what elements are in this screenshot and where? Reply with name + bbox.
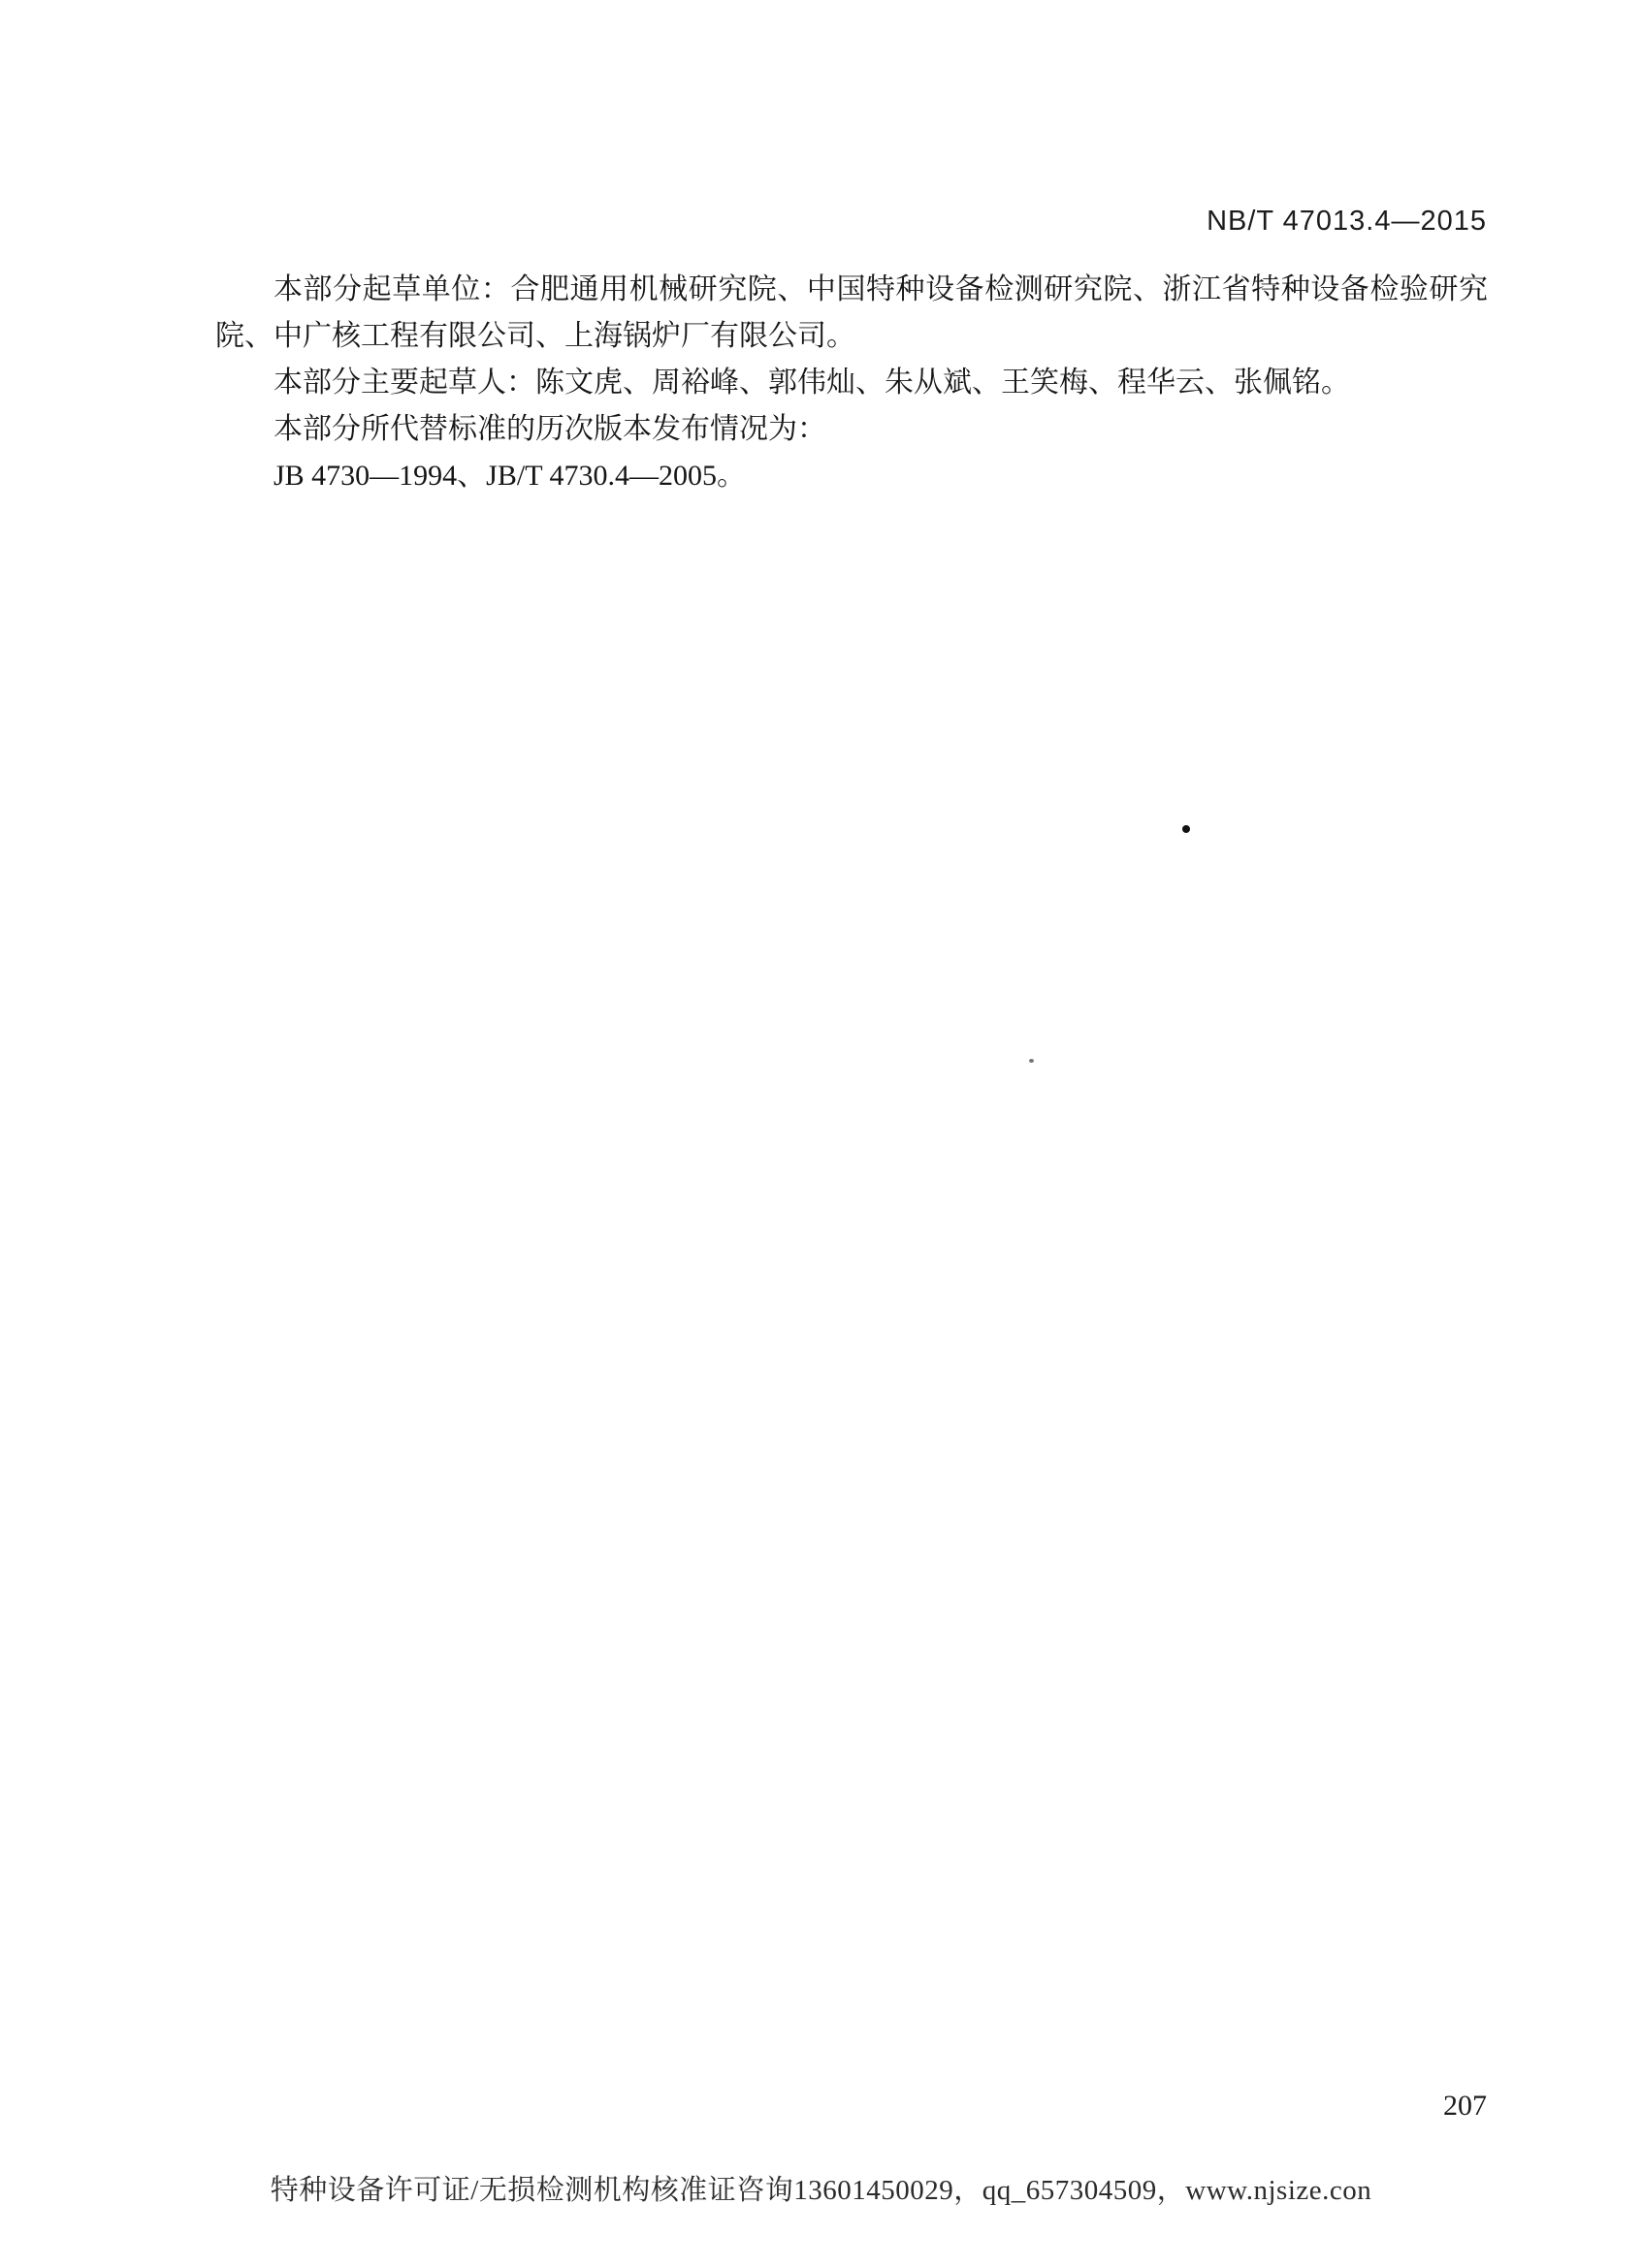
standard-number-header: NB/T 47013.4—2015	[1207, 206, 1487, 238]
footer-watermark-text: 特种设备许可证/无损检测机构核准证咨询13601450029，qq_657304…	[0, 2168, 1642, 2208]
document-page: NB/T 47013.4—2015 本部分起草单位：合肥通用机械研究院、中国特种…	[0, 0, 1642, 2268]
paragraph-main-drafters: 本部分主要起草人：陈文虎、周裕峰、郭伟灿、朱从斌、王笑梅、程华云、张佩铭。	[215, 360, 1488, 406]
ink-speck-mark	[1029, 1059, 1034, 1063]
paragraph-replaced-standards-intro: 本部分所代替标准的历次版本发布情况为：	[215, 406, 1488, 453]
document-body: 本部分起草单位：合肥通用机械研究院、中国特种设备检测研究院、浙江省特种设备检验研…	[215, 267, 1488, 499]
ink-speck-mark	[1182, 825, 1190, 833]
paragraph-replaced-standards-list: JB 4730—1994、JB/T 4730.4—2005。	[215, 453, 1488, 499]
page-number: 207	[1443, 2090, 1487, 2123]
paragraph-drafting-organizations: 本部分起草单位：合肥通用机械研究院、中国特种设备检测研究院、浙江省特种设备检验研…	[215, 267, 1488, 360]
